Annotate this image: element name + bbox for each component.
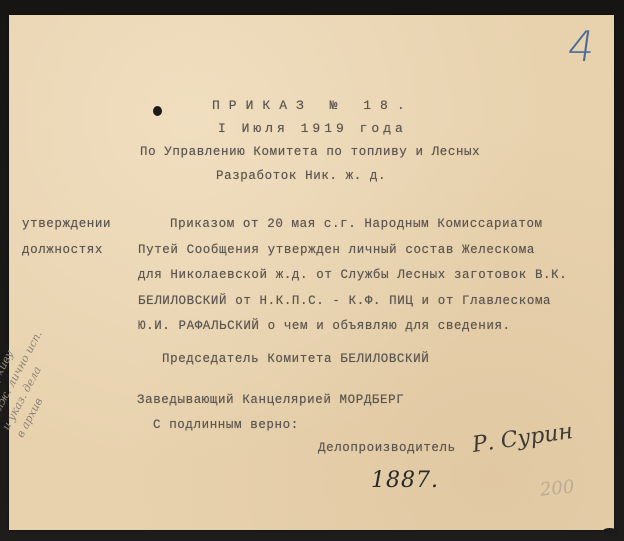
body-line-5: Ю.И. РАФАЛЬСКИЙ о чем и объявляю для све… <box>138 319 511 333</box>
margin-heading-line-2: должностях <box>22 243 103 257</box>
pencil-archive-number: 200 <box>539 476 575 500</box>
torn-corner <box>603 528 619 536</box>
body-line-4: БЕЛИЛОВСКИЙ от Н.К.П.С. - К.Ф. ПИЦ и от … <box>138 294 551 308</box>
order-date: I Июля 1919 года <box>218 121 407 136</box>
issuer-line-1: По Управлению Комитета по топливу и Лесн… <box>140 145 480 159</box>
body-line-3: для Николаевской ж.д. от Службы Лесных з… <box>138 268 567 282</box>
body-line-1: Приказом от 20 мая с.г. Народным Комисса… <box>170 217 543 231</box>
clerk-title: Делопроизводитель <box>318 441 456 455</box>
handwritten-registry-number: 1887. <box>371 468 439 493</box>
ink-blot <box>153 106 162 116</box>
certified-copy-line: С подлинным верно: <box>153 418 299 432</box>
scanned-document: 4 ПРИКАЗ № 18. I Июля 1919 года По Управ… <box>0 0 624 541</box>
margin-heading-line-1: утверждении <box>22 217 111 231</box>
order-title: ПРИКАЗ № 18. <box>212 98 414 113</box>
issuer-line-2: Разработок Ник. ж. д. <box>216 169 386 183</box>
body-line-2: Путей Сообщения утвержден личный состав … <box>138 243 535 257</box>
chairman-signature-line: Председатель Комитета БЕЛИЛОВСКИЙ <box>162 352 429 366</box>
